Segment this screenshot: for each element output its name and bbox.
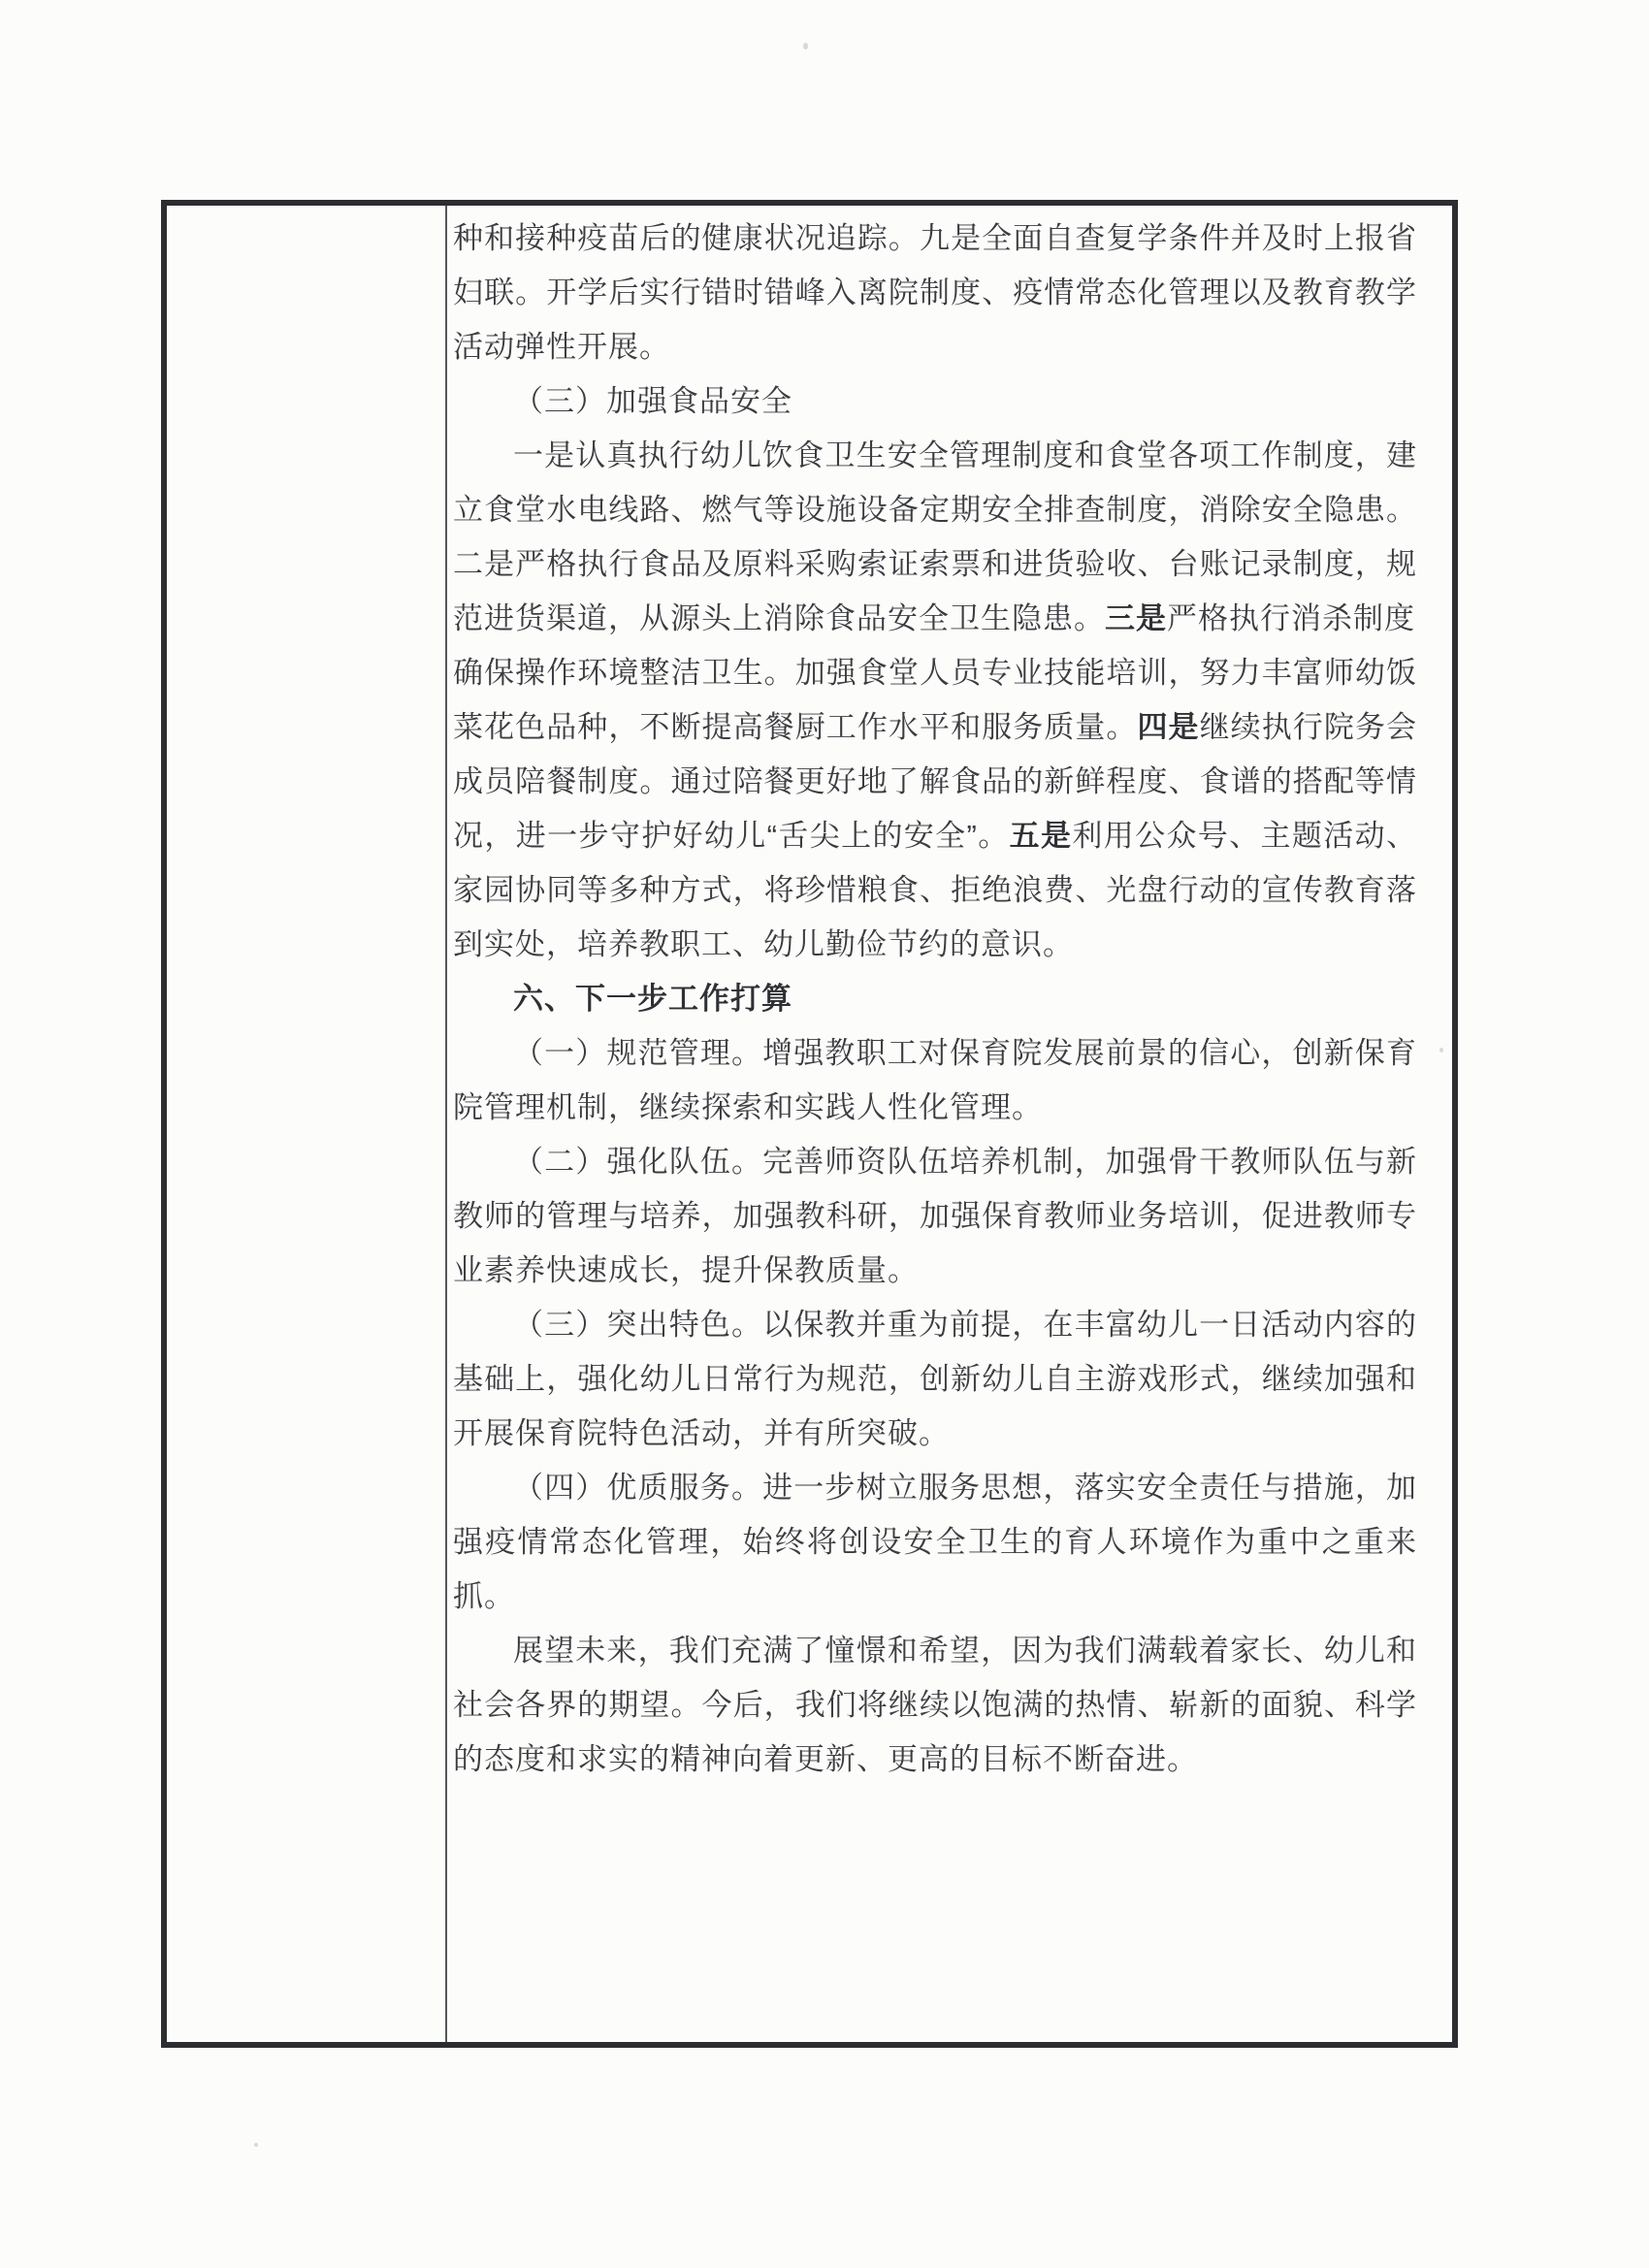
text-line: 活动弹性开展。 [453,320,1417,374]
text-line: 家园协同等多种方式，将珍惜粮食、拒绝浪费、光盘行动的宣传教育落 [453,863,1417,918]
text-segment: 基础上，强化幼儿日常行为规范，创新幼儿自主游戏形式，继续加强和 [453,1362,1417,1396]
text-line: 确保操作环境整洁卫生。加强食堂人员专业技能培训，努力丰富师幼饭 [453,646,1417,700]
text-line: 种和接种疫苗后的健康状况追踪。九是全面自查复学条件并及时上报省 [453,211,1417,266]
text-segment: （三）加强食品安全 [513,384,792,418]
text-line: （一）规范管理。增强教职工对保育院发展前景的信心，创新保育 [453,1026,1417,1081]
text-line: 抓。 [453,1570,1417,1624]
text-segment: 继续执行院务会 [1200,710,1417,744]
text-line: （三）加强食品安全 [453,374,1417,429]
text-line: 范进货渠道，从源头上消除食品安全卫生隐患。三是严格执行消杀制度， [453,592,1417,646]
text-line: 成员陪餐制度。通过陪餐更好地了解食品的新鲜程度、食谱的搭配等情 [453,755,1417,809]
text-line: （三）突出特色。以保教并重为前提，在丰富幼儿一日活动内容的 [453,1298,1417,1352]
text-line: 教师的管理与培养，加强教科研，加强保育教师业务培训，促进教师专 [453,1189,1417,1244]
text-segment: 二是严格执行食品及原料采购索证索票和进货验收、台账记录制度，规 [453,547,1417,581]
report-table-frame: 种和接种疫苗后的健康状况追踪。九是全面自查复学条件并及时上报省妇联。开学后实行错… [161,200,1458,2048]
text-line: 强疫情常态化管理，始终将创设安全卫生的育人环境作为重中之重来 [453,1515,1417,1570]
text-line: （四）优质服务。进一步树立服务思想，落实安全责任与措施，加 [453,1461,1417,1515]
text-line: 开展保育院特色活动，并有所突破。 [453,1407,1417,1461]
text-segment: 的态度和求实的精神向着更新、更高的目标不断奋进。 [453,1742,1198,1776]
text-segment: 到实处，培养教职工、幼儿勤俭节约的意识。 [453,927,1074,961]
text-segment: 教师的管理与培养，加强教科研，加强保育教师业务培训，促进教师专 [453,1199,1417,1233]
text-segment: 立食堂水电线路、燃气等设施设备定期安全排查制度，消除安全隐患。 [453,493,1417,527]
text-line: 展望未来，我们充满了憧憬和希望，因为我们满载着家长、幼儿和 [453,1624,1417,1678]
text-line: 妇联。开学后实行错时错峰入离院制度、疫情常态化管理以及教育教学 [453,266,1417,320]
text-line: 六、下一步工作打算 [453,972,1417,1026]
text-line: 立食堂水电线路、燃气等设施设备定期安全排查制度，消除安全隐患。 [453,483,1417,537]
text-segment: 院管理机制，继续探索和实践人性化管理。 [453,1090,1043,1124]
text-line: 院管理机制，继续探索和实践人性化管理。 [453,1081,1417,1135]
text-segment: 菜花色品种，不断提高餐厨工作水平和服务质量。 [453,710,1137,744]
scanned-document-page: 种和接种疫苗后的健康状况追踪。九是全面自查复学条件并及时上报省妇联。开学后实行错… [0,0,1649,2268]
emphasis-text-segment: 六、下一步工作打算 [513,982,792,1016]
text-segment: （一）规范管理。增强教职工对保育院发展前景的信心，创新保育 [513,1036,1417,1070]
emphasis-text-segment: 五是 [1010,819,1073,853]
emphasis-text-segment: 四是 [1137,710,1199,744]
table-left-column-cell [167,206,445,2042]
text-line: 菜花色品种，不断提高餐厨工作水平和服务质量。四是继续执行院务会 [453,700,1417,755]
text-segment: 利用公众号、主题活动、 [1072,819,1417,853]
text-line: 一是认真执行幼儿饮食卫生安全管理制度和食堂各项工作制度，建 [453,429,1417,483]
scan-speck [803,43,808,49]
text-line: 到实处，培养教职工、幼儿勤俭节约的意识。 [453,918,1417,972]
scan-speck [254,2143,258,2147]
text-segment: 严格执行消杀制度， [1167,601,1417,635]
text-line: 二是严格执行食品及原料采购索证索票和进货验收、台账记录制度，规 [453,537,1417,592]
text-segment: （三）突出特色。以保教并重为前提，在丰富幼儿一日活动内容的 [513,1308,1417,1342]
emphasis-text-segment: 三是 [1105,601,1167,635]
text-segment: （四）优质服务。进一步树立服务思想，落实安全责任与措施，加 [513,1471,1417,1505]
text-line: 基础上，强化幼儿日常行为规范，创新幼儿自主游戏形式，继续加强和 [453,1352,1417,1407]
table-column-divider [445,206,447,2042]
text-segment: 况，进一步守护好幼儿“舌尖上的安全”。 [453,819,1010,853]
text-segment: 开展保育院特色活动，并有所突破。 [453,1416,950,1450]
text-segment: （二）强化队伍。完善师资队伍培养机制，加强骨干教师队伍与新 [513,1145,1417,1179]
text-segment: 家园协同等多种方式，将珍惜粮食、拒绝浪费、光盘行动的宣传教育落 [453,873,1417,907]
report-body-text: 种和接种疫苗后的健康状况追踪。九是全面自查复学条件并及时上报省妇联。开学后实行错… [453,211,1417,1787]
text-segment: 活动弹性开展。 [453,330,670,364]
text-segment: 种和接种疫苗后的健康状况追踪。九是全面自查复学条件并及时上报省 [453,221,1417,255]
text-line: 社会各界的期望。今后，我们将继续以饱满的热情、崭新的面貌、科学 [453,1678,1417,1733]
text-segment: 强疫情常态化管理，始终将创设安全卫生的育人环境作为重中之重来 [453,1525,1417,1559]
text-segment: 确保操作环境整洁卫生。加强食堂人员专业技能培训，努力丰富师幼饭 [453,656,1417,690]
text-segment: 展望未来，我们充满了憧憬和希望，因为我们满载着家长、幼儿和 [513,1634,1417,1668]
text-segment: 抓。 [453,1579,515,1613]
text-segment: 范进货渠道，从源头上消除食品安全卫生隐患。 [453,601,1105,635]
text-segment: 成员陪餐制度。通过陪餐更好地了解食品的新鲜程度、食谱的搭配等情 [453,764,1417,798]
text-segment: 社会各界的期望。今后，我们将继续以饱满的热情、崭新的面貌、科学 [453,1688,1417,1722]
text-line: 的态度和求实的精神向着更新、更高的目标不断奋进。 [453,1733,1417,1787]
text-line: （二）强化队伍。完善师资队伍培养机制，加强骨干教师队伍与新 [453,1135,1417,1189]
text-line: 业素养快速成长，提升保教质量。 [453,1244,1417,1298]
text-line: 况，进一步守护好幼儿“舌尖上的安全”。五是利用公众号、主题活动、 [453,809,1417,863]
text-segment: 业素养快速成长，提升保教质量。 [453,1253,919,1287]
text-segment: 一是认真执行幼儿饮食卫生安全管理制度和食堂各项工作制度，建 [513,438,1417,472]
text-segment: 妇联。开学后实行错时错峰入离院制度、疫情常态化管理以及教育教学 [453,275,1417,309]
